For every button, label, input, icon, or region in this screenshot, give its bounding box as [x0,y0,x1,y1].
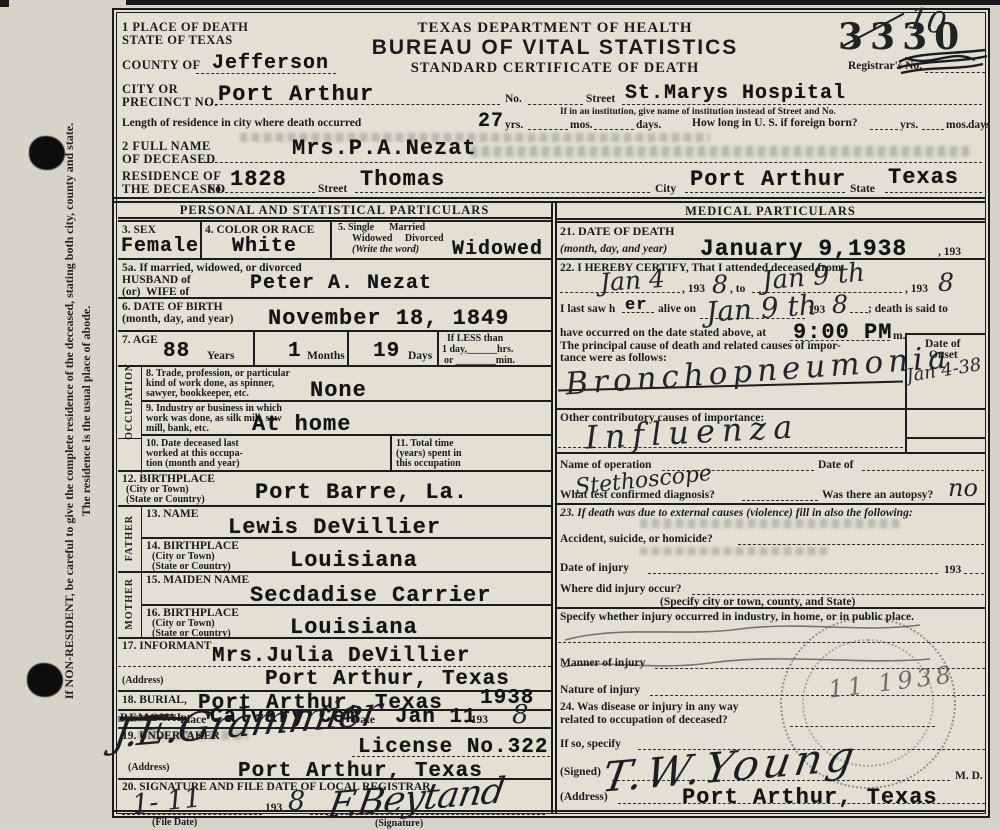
father-bp-label-3: (State or Country) [152,561,231,573]
city-value: Port Arthur [218,82,374,107]
marital-label-1: 5. Single Married [338,222,425,234]
street-value: St.Marys Hospital [625,82,846,105]
margin-note: If NON-RESIDENT, be careful to give the … [61,8,95,814]
accident-label: Accident, suicide, or homicide? [560,533,713,546]
file-193-label: 193 [265,802,282,815]
burial-date-value: Jan 11 [395,706,477,729]
age-days-label: Days [408,350,432,363]
personal-section-title: PERSONAL AND STATISTICAL PARTICULARS [118,203,551,217]
precinct-no-label: PRECINCT NO. [122,95,218,109]
registrar-number-scribble [895,40,990,80]
alive-on-label: alive on [658,303,696,316]
res-no-value: 1828 [230,167,287,192]
dod-value: January 9,1938 [700,236,907,262]
last-saw-label: I last saw h [560,303,615,316]
birthplace-label-3: (State or Country) [126,494,205,506]
color-race-value: White [232,235,297,258]
res-state-label: State [850,183,875,196]
q24-label-1: 24. Was disease or injury in any way [560,701,739,714]
yrs2-label: yrs. [900,119,918,132]
age-less-label-3: or ________min. [444,355,515,367]
res-city-value: Port Arthur [690,167,846,192]
mother-name-label: 15. MAIDEN NAME [146,574,249,587]
medical-section-title: MEDICAL PARTICULARS [555,204,986,218]
occupation-vertical-label: OCCUPATION [124,363,135,440]
industry-label-3: mill, bank, etc. [146,423,209,435]
punch-hole [29,136,65,170]
age-months-label: Months [307,350,345,363]
dob-value: November 18, 1849 [268,306,509,331]
trade-label-3: sawyer, bookkeeper, etc. [146,388,249,400]
scan-edge-top [126,0,1000,5]
birthplace-value: Port Barre, La. [255,480,468,505]
res-city-label: City [655,183,676,196]
where-injury-note: (Specify city or town, county, and State… [660,596,855,609]
license-value: License No.322 [358,736,548,759]
full-name-value: Mrs.P.A.Nezat [292,136,477,161]
age-years-label: Years [207,350,234,363]
margin-note-line2: The residence is the usual place of abod… [78,8,95,814]
marital-value: Widowed [452,238,543,261]
mother-section-strip: MOTHER [118,571,142,637]
street-no-label: No. [505,93,522,106]
age-label: 7. AGE [122,334,158,347]
attended-from-value: Jan 4 [599,264,666,297]
county-label: COUNTY OF [122,58,201,72]
operation-date-label: Date of [818,459,853,472]
informant-address-value: Port Arthur, Texas [265,668,510,691]
mos2-label: mos. [946,119,969,132]
c8c-handwritten: 8 [832,290,848,319]
age-less-label-2: 1 day,______hrs. [442,344,513,356]
res-street-label: Street [318,183,347,196]
bureau-title: BUREAU OF VITAL STATISTICS [335,36,775,60]
autopsy-value: no [948,474,978,502]
mother-bp-label-3: (State or Country) [152,628,231,640]
undertaker-address-label: (Address) [128,762,169,774]
scan-edge-corner [0,0,9,7]
time-of-death-value: 9:00 PM [793,320,892,345]
autopsy-label: Was there an autopsy? [822,489,933,502]
injury-193-label: 193 [944,564,961,577]
occurred-label: have occurred on the date stated above, … [560,327,766,340]
age-days-value: 19 [373,340,400,363]
file-date-caption: (File Date) [152,817,197,829]
mos-label: mos. [570,119,593,132]
res-state-value: Texas [888,165,959,190]
industry-value: At home [252,412,351,437]
informant-value: Mrs.Julia DeVillier [212,645,470,668]
mother-name-value: Secdadise Carrier [250,583,491,608]
md-label: M. D. [955,770,983,783]
marital-label-3: (Write the word) [352,244,419,256]
days-label: days. [636,119,661,132]
father-vertical-label: FATHER [124,515,135,561]
c8b-handwritten: 8 [938,268,954,297]
res-no-label: No. [207,183,224,196]
dod-label-2: (month, day, and year) [560,243,667,256]
punch-hole [27,663,63,697]
dob-label-2: (month, day, and year) [122,313,234,326]
yrs-label: yrs. [505,119,523,132]
burial-year-handwritten: 8 [512,700,529,730]
c193b-label: , 193 [905,283,928,296]
where-injury-label: Where did injury occur? [560,583,682,596]
residence-length-value: 27 [478,110,504,133]
husband-value: Peter A. Nezat [250,272,432,295]
foreign-born-label: How long in U. S. if foreign born? [692,117,858,130]
certificate-number-handwritten: 10 [905,1,949,42]
death-said-label: ; death is said to [868,303,948,316]
external-causes-label: 23. If death was due to external causes … [560,507,913,520]
res-street-value: Thomas [360,167,445,192]
father-name-label: 13. NAME [146,508,198,521]
age-less-label-1: If LESS than [447,333,503,345]
father-bp-value: Louisiana [290,548,418,573]
street-label: Street [586,93,615,106]
dod-193-label: , 193 [938,246,961,259]
her-typed: er [625,296,647,315]
specify-injury-label: Specify whether injury occurred in indus… [560,611,914,624]
m-label: m. [893,330,905,343]
age-years-value: 88 [163,340,190,363]
husband-label-3: (or) WIFE of [122,286,189,299]
occupation-section-strip: OCCUPATION [118,365,142,438]
margin-note-line1: If NON-RESIDENT, be careful to give the … [61,8,78,814]
death-certificate-scan: If NON-RESIDENT, be careful to give the … [0,0,1000,830]
c193a-label: , 193 [682,283,705,296]
department-title: TEXAS DEPARTMENT OF HEALTH [345,20,765,37]
manner-label: Manner of injury [560,657,645,670]
sex-value: Female [121,235,199,258]
q24-label-2: related to occupation of deceased? [560,714,728,727]
marital-label-2: Widowed Divorced [352,233,444,245]
age-months-value: 1 [288,340,302,363]
mother-vertical-label: MOTHER [124,578,135,630]
state-of-texas-label: STATE OF TEXAS [122,33,233,47]
certificate-title: STANDARD CERTIFICATE OF DEATH [345,60,765,77]
informant-address-label: (Address) [122,675,163,687]
father-section-strip: FATHER [118,505,142,571]
total-time-label-3: this occupation [396,458,461,470]
occupation-section-strip2 [118,438,142,473]
dod-label-1: 21. DATE OF DEATH [560,225,674,239]
if-so-label: If so, specify [560,738,621,751]
father-name-value: Lewis DeVillier [228,515,441,540]
county-value: Jefferson [212,52,329,75]
days2-label: days [968,119,990,132]
nature-label: Nature of injury [560,684,640,697]
mother-bp-value: Louisiana [290,615,418,640]
last-worked-label-3: tion (month and year) [146,458,240,470]
injury-date-label: Date of injury [560,562,629,575]
signed-label: (Signed) [560,766,601,779]
residence-length-label: Length of residence in city where death … [122,117,361,130]
burial-label: 18. BURIAL, [122,694,187,707]
trade-value: None [310,378,367,403]
informant-label: 17. INFORMANT [122,640,211,653]
full-name-label2: OF DECEASED [122,152,216,166]
file-year-handwritten: 8 [288,786,305,817]
